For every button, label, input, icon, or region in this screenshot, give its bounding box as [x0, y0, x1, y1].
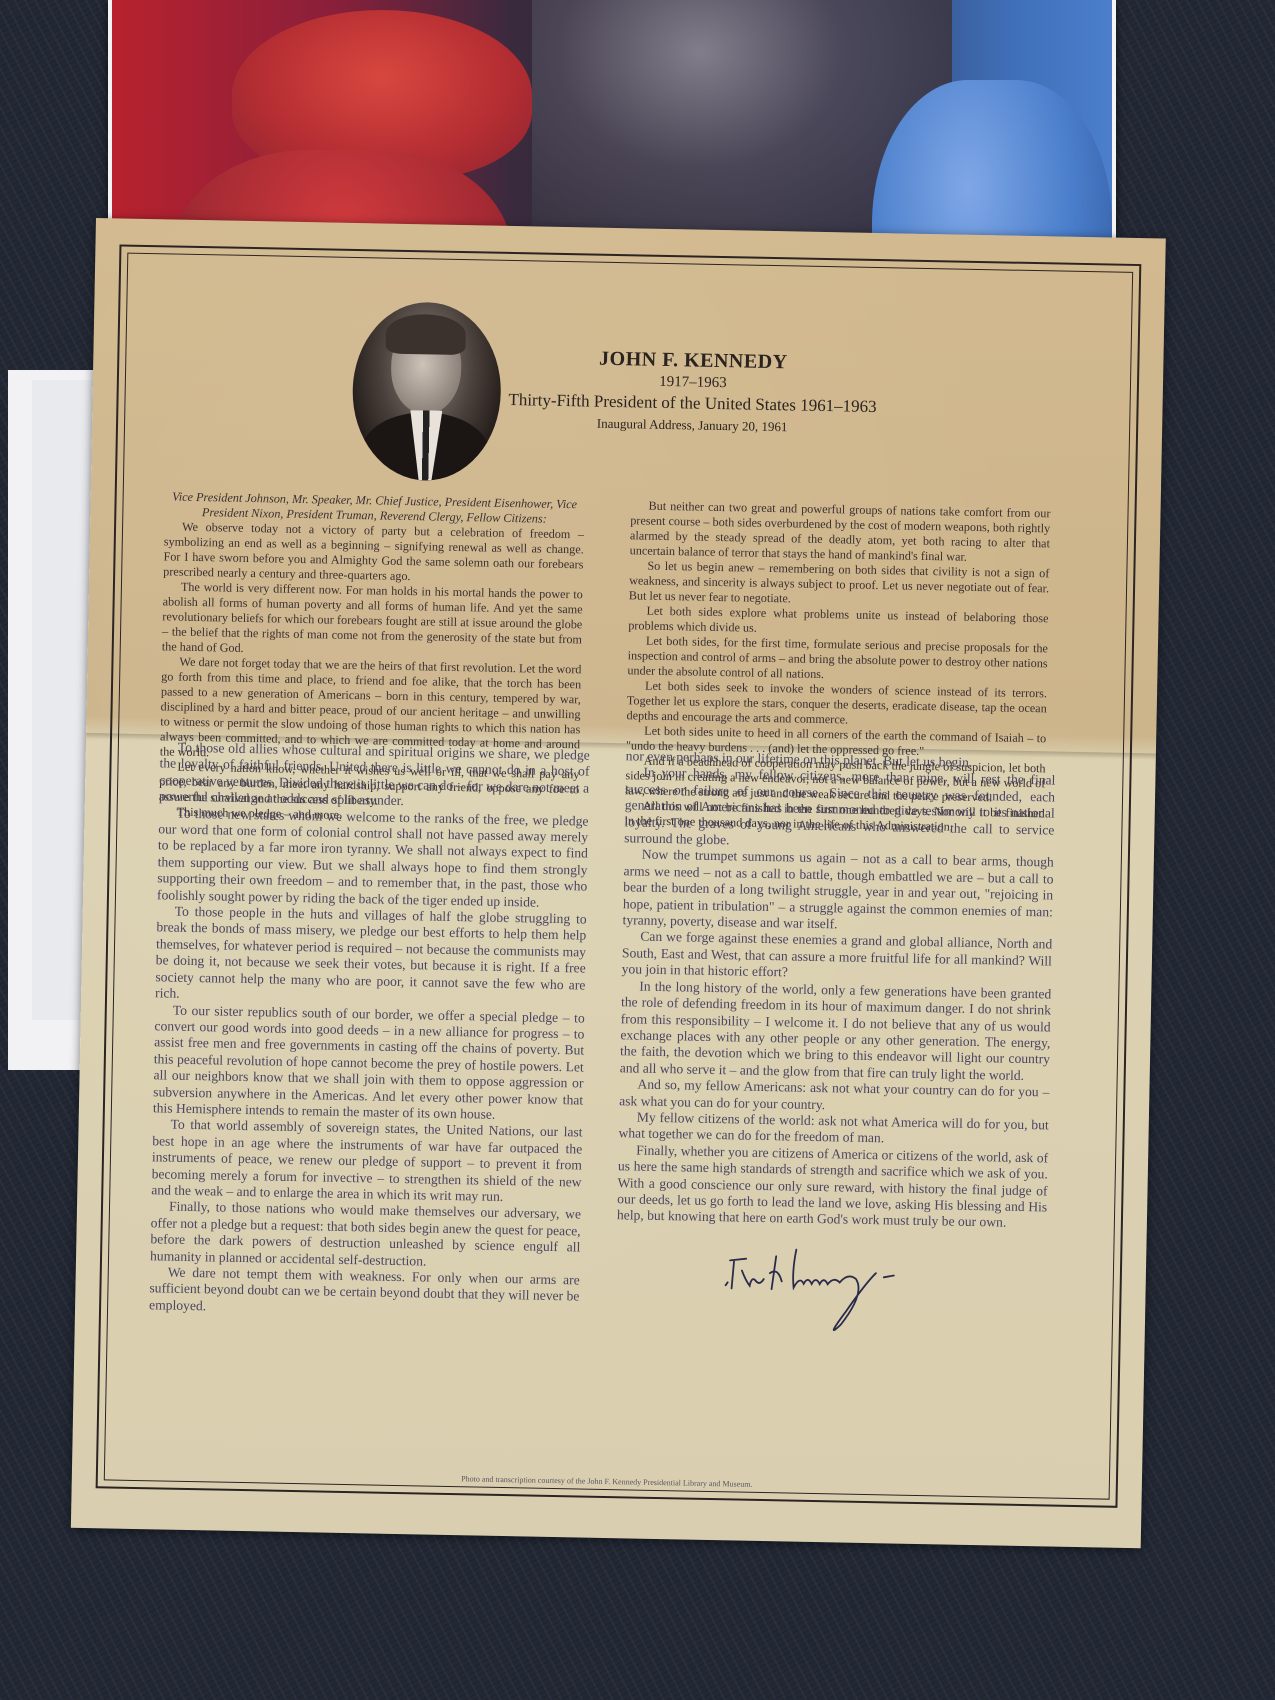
paragraph: Let both sides, for the first time, form… — [627, 633, 1048, 686]
paragraph: To those new states whom we welcome to t… — [157, 805, 589, 912]
paragraph: In the long history of the world, only a… — [620, 978, 1052, 1085]
paragraph: Let both sides seek to invoke the wonder… — [626, 678, 1047, 731]
paragraph: To that world assembly of sovereign stat… — [151, 1117, 582, 1207]
kennedy-portrait — [351, 301, 502, 482]
paragraph: We dare not tempt them with weakness. Fo… — [149, 1264, 580, 1321]
paragraph: To those people in the huts and villages… — [155, 903, 587, 1010]
right-column-lower: nor even perhaps in our lifetime on this… — [617, 748, 1056, 1232]
paragraph: Finally, whether you are citizens of Ame… — [617, 1142, 1048, 1232]
paragraph: Finally, to those nations who would make… — [150, 1199, 581, 1273]
paragraph: We observe today not a victory of party … — [163, 519, 584, 587]
paragraph: To those old allies whose cultural and s… — [159, 739, 590, 813]
kennedy-signature — [715, 1230, 937, 1334]
inaugural-address-parchment: JOHN F. KENNEDY 1917–1963 Thirty-Fifth P… — [71, 218, 1166, 1548]
paragraph: To our sister republics south of our bor… — [153, 1002, 585, 1125]
paragraph: Can we forge against these enemies a gra… — [622, 929, 1053, 986]
left-column-lower: To those old allies whose cultural and s… — [149, 739, 590, 1321]
paragraph: But neither can two great and powerful g… — [630, 498, 1051, 566]
paragraph: So let us begin anew – remembering on bo… — [629, 558, 1050, 611]
portrait-hair — [385, 314, 466, 356]
paragraph: In your hands, my fellow citizens, more … — [624, 765, 1055, 855]
paragraph: Now the trumpet summons us again – not a… — [622, 847, 1053, 937]
paragraph: The world is very different now. For man… — [162, 579, 583, 662]
document-header: JOHN F. KENNEDY 1917–1963 Thirty-Fifth P… — [492, 346, 894, 438]
